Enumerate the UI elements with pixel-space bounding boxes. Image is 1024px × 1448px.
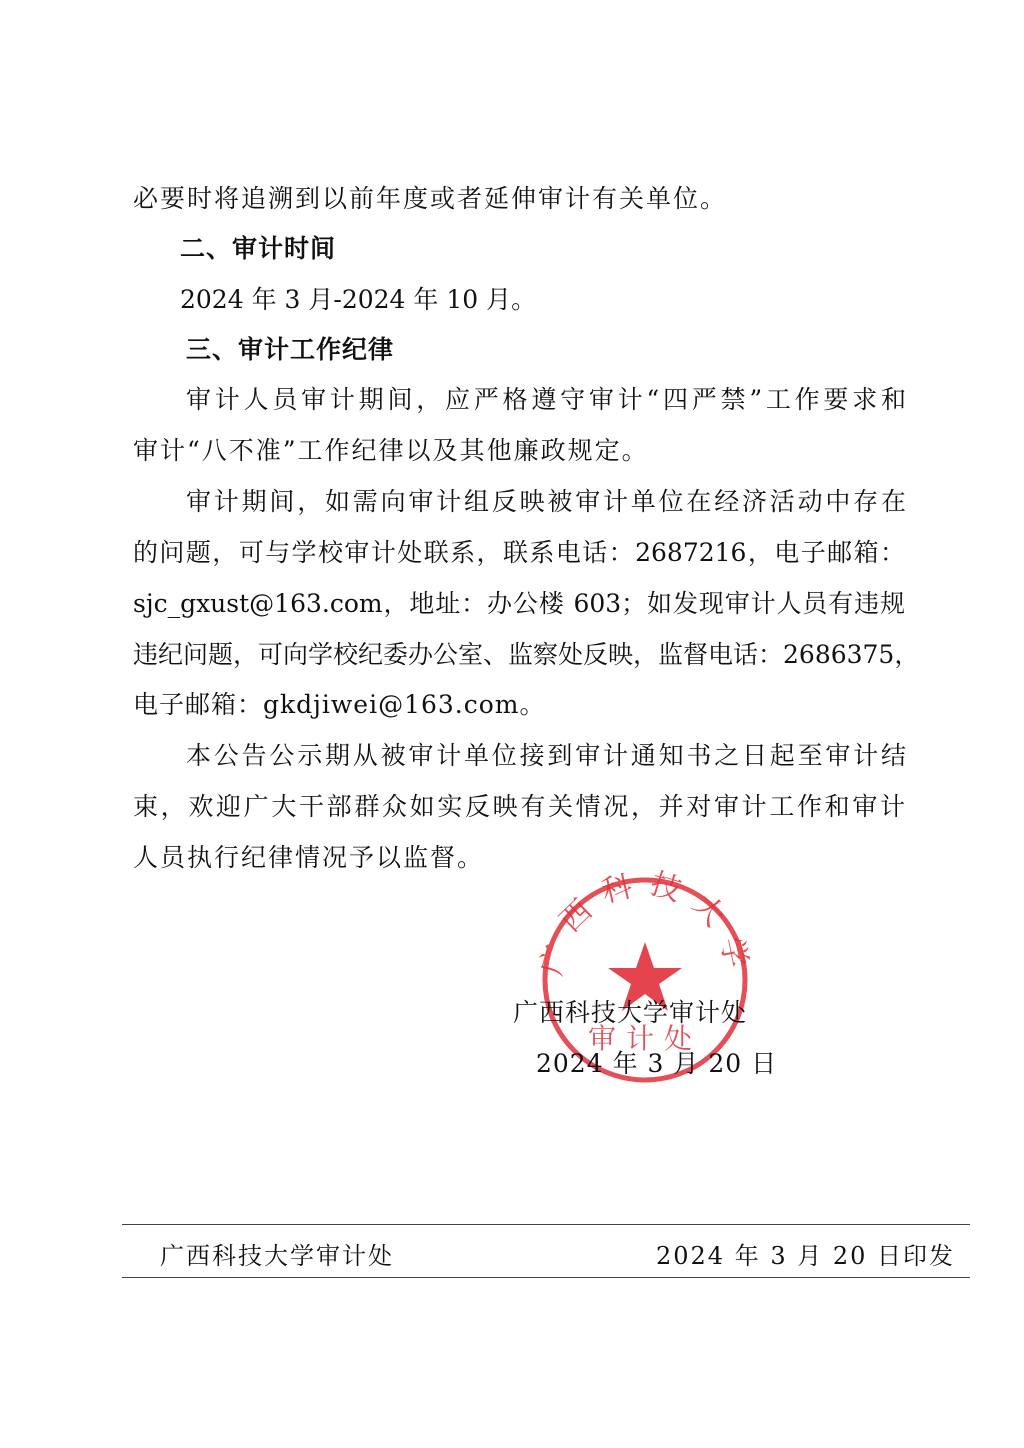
body-line: 本公告公示期从被审计单位接到审计通知书之日起至审计结 [186, 741, 906, 771]
section-heading-audit-time: 二、审计时间 [180, 234, 336, 264]
body-line: 束，欢迎广大干部群众如实反映有关情况，并对审计工作和审计 [133, 792, 905, 822]
footer-top-rule [122, 1224, 970, 1225]
footer-org: 广西科技大学审计处 [160, 1236, 394, 1271]
signature-org: 广西科技大学审计处 [513, 993, 747, 1029]
audit-period: 2024 年 3 月-2024 年 10 月。 [180, 285, 536, 315]
body-line: 人员执行纪律情况予以监督。 [133, 843, 484, 873]
body-line: 审计期间，如需向审计组反映被审计单位在经济活动中存在 [186, 487, 906, 517]
body-line: 必要时将追溯到以前年度或者延伸审计有关单位。 [133, 184, 727, 214]
footer-bottom-rule [122, 1277, 970, 1278]
body-line: 违纪问题，可向学校纪委办公室、监察处反映，监督电话：2686375， [133, 640, 905, 670]
body-line: 电子邮箱：gkdjiwei@163.com。 [133, 690, 546, 720]
footer-issued-date: 2024 年 3 月 20 日印发 [656, 1236, 955, 1271]
body-line: 的问题，可与学校审计处联系，联系电话：2687216，电子邮箱： [133, 538, 905, 568]
signature-date: 2024 年 3 月 20 日 [536, 1044, 777, 1080]
body-line: 审计“八不准”工作纪律以及其他廉政规定。 [133, 436, 649, 466]
body-line: 审计人员审计期间，应严格遵守审计“四严禁”工作要求和 [186, 385, 906, 415]
body-line: sjc_gxust@163.com，地址：办公楼 603；如发现审计人员有违规 [133, 589, 905, 619]
section-heading-discipline: 三、审计工作纪律 [186, 335, 394, 365]
